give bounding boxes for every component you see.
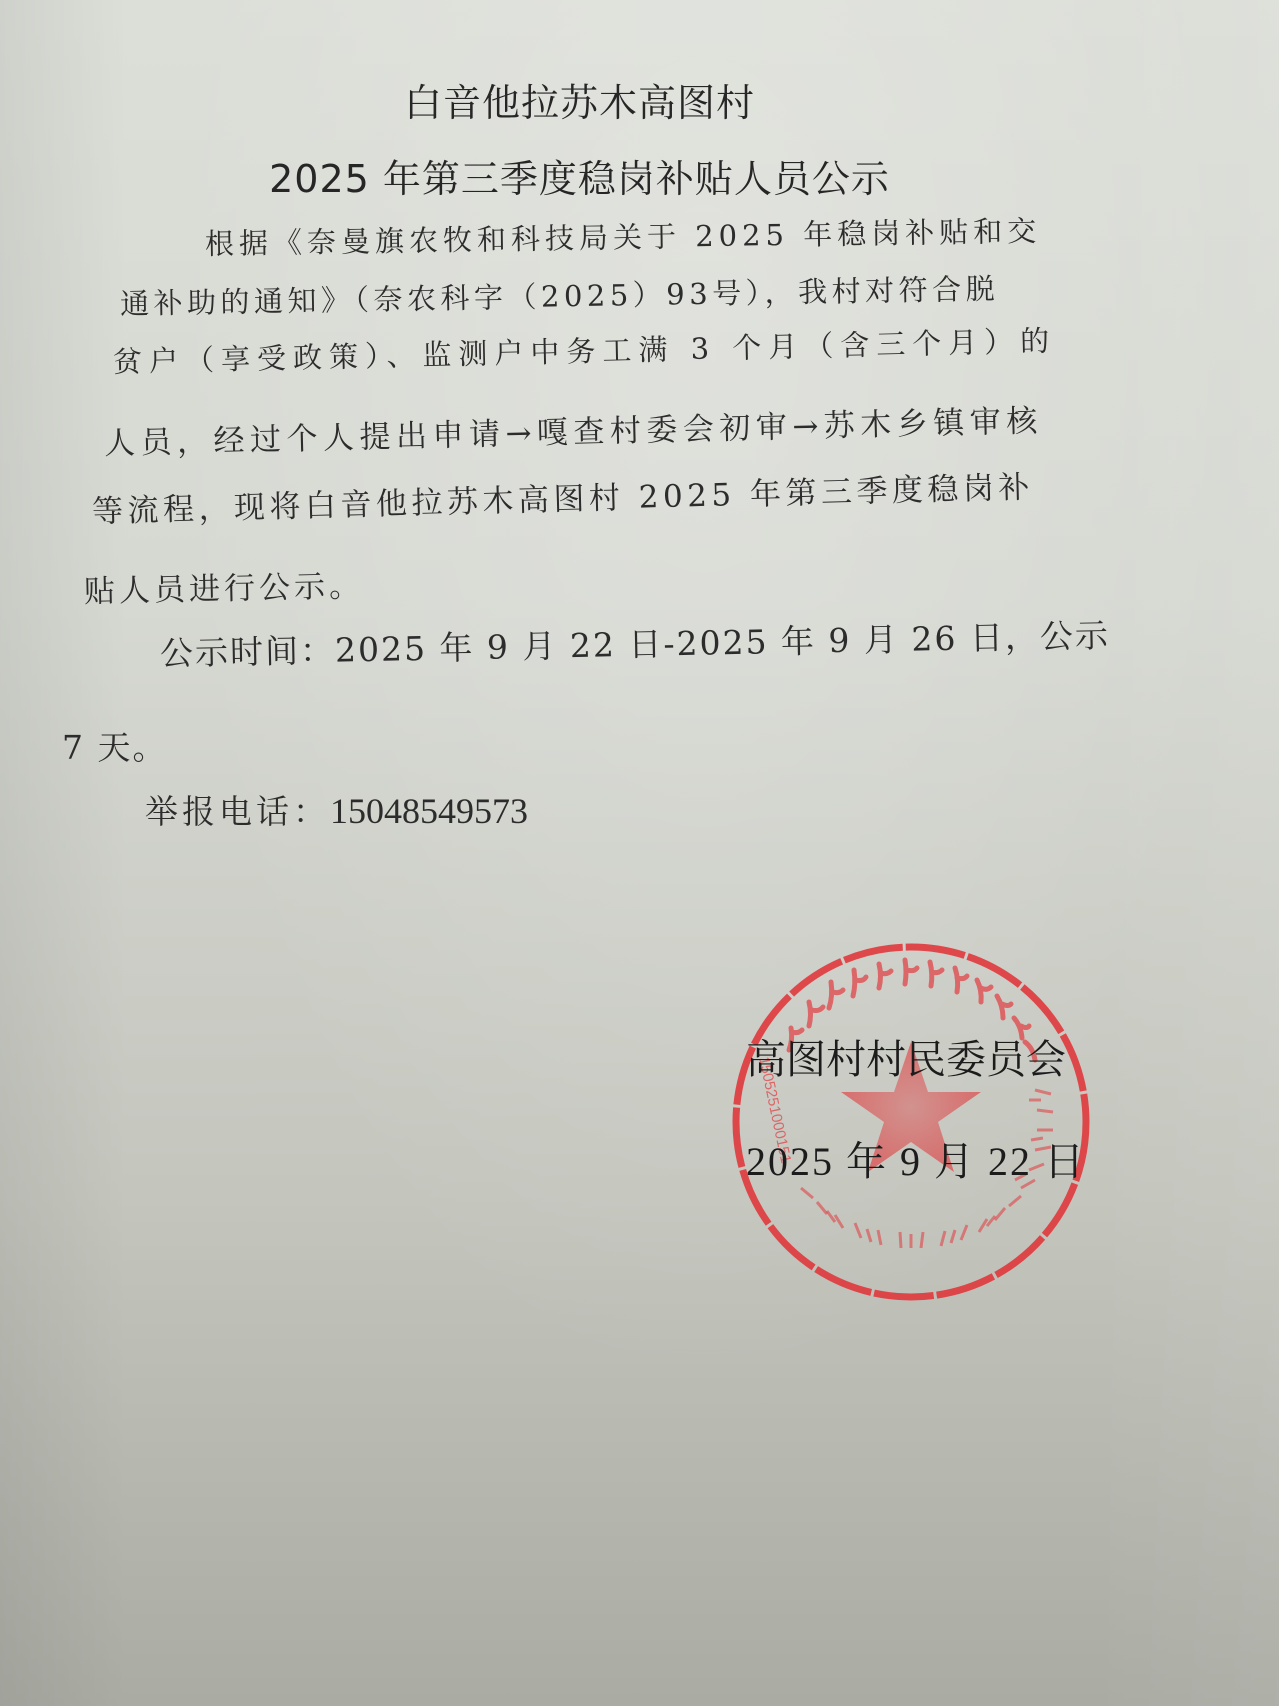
official-seal: 1505251000151 [729, 940, 1094, 1305]
hotline: 举报电话：15048549573 [145, 786, 528, 833]
notice-document: 白音他拉苏木高图村 2025 年第三季度稳岗补贴人员公示 根据《奈曼旗农牧和科技… [0, 0, 1279, 1706]
hotline-number: 15048549573 [330, 791, 528, 831]
hotline-label: 举报电话： [145, 792, 330, 831]
body-line-1: 根据《奈曼旗农牧和科技局关于 2025 年稳岗补贴和交 [205, 209, 1042, 263]
body-line-6: 贴人员进行公示。 [84, 560, 365, 611]
body-line-3: 贫户（享受政策）、监测户中务工满 3 个月（含三个月）的 [113, 319, 1057, 381]
body-line-5: 等流程，现将白音他拉苏木高图村 2025 年第三季度稳岗补 [91, 461, 1034, 531]
body-line-4: 人员，经过个人提出申请→嘎查村委会初审→苏木乡镇审核 [103, 395, 1043, 463]
body-line-2: 通补助的通知》（奈农科字（2025）93号），我村对符合脱 [120, 267, 1000, 323]
document-title-line2: 2025 年第三季度稳岗补贴人员公示 [0, 148, 1219, 203]
signing-organization: 高图村村民委员会 [746, 1028, 1066, 1085]
publicity-period-line2: 7 天。 [62, 722, 168, 769]
signing-date: 2025 年 9 月 22 日 [746, 1130, 1086, 1187]
document-title-line1: 白音他拉苏木高图村 [0, 72, 1219, 127]
publicity-period-line1: 公示时间：2025 年 9 月 22 日-2025 年 9 月 26 日，公示 [160, 610, 1111, 675]
